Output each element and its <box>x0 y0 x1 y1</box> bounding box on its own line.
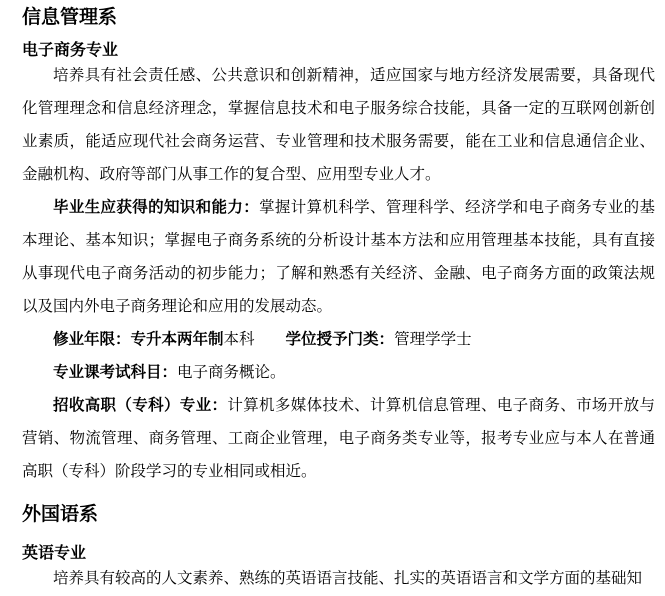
bold-text-run: 招收高职（专科）专业： <box>53 397 227 414</box>
major-heading: 英语专业 <box>22 546 655 562</box>
major-heading: 电子商务专业 <box>22 43 655 59</box>
section-foreign-languages: 外国语系 英语专业 培养具有较高的人文素养、熟练的英语语言技能、扎实的英语语言和… <box>22 505 655 595</box>
paragraph: 培养具有较高的人文素养、熟练的英语语言技能、扎实的英语语言和文学方面的基础知 <box>22 562 655 595</box>
text-run: 管理学学士 <box>394 331 472 348</box>
paragraph: 毕业生应获得的知识和能力：掌握计算机科学、管理科学、经济学和电子商务专业的基本理… <box>22 191 655 323</box>
section-information-management: 信息管理系 电子商务专业 培养具有社会责任感、公共意识和创新精神，适应国家与地方… <box>22 8 655 488</box>
document-page: 信息管理系 电子商务专业 培养具有社会责任感、公共意识和创新精神，适应国家与地方… <box>0 8 665 596</box>
text-run: 掌握计算机科学、管理科学、经济学和电子商务专业的基本理论、基本知识；掌握电子商务… <box>22 199 655 315</box>
text-run: 培养具有社会责任感、公共意识和创新精神，适应国家与地方经济发展需要，具备现代化管… <box>22 67 655 183</box>
bold-text-run: 毕业生应获得的知识和能力： <box>53 199 259 216</box>
bold-text-run: 学位授予门类： <box>286 331 395 348</box>
text-run: 培养具有较高的人文素养、熟练的英语语言技能、扎实的英语语言和文学方面的基础知 <box>53 570 642 587</box>
paragraph: 专业课考试科目：电子商务概论。 <box>22 356 655 389</box>
bold-text-run: 修业年限：专升本两年制 <box>53 331 224 348</box>
text-run: 电子商务概论。 <box>177 364 286 381</box>
paragraph: 招收高职（专科）专业：计算机多媒体技术、计算机信息管理、电子商务、市场开放与营销… <box>22 389 655 488</box>
paragraph: 培养具有社会责任感、公共意识和创新精神，适应国家与地方经济发展需要，具备现代化管… <box>22 59 655 191</box>
department-heading: 信息管理系 <box>22 8 655 27</box>
department-heading: 外国语系 <box>22 505 655 524</box>
text-run: 本科 <box>224 331 255 348</box>
bold-text-run: 专业课考试科目： <box>53 364 177 381</box>
paragraph: 修业年限：专升本两年制本科 学位授予门类：管理学学士 <box>22 323 655 356</box>
paragraph-group: 培养具有社会责任感、公共意识和创新精神，适应国家与地方经济发展需要，具备现代化管… <box>22 59 655 488</box>
paragraph-group: 培养具有较高的人文素养、熟练的英语语言技能、扎实的英语语言和文学方面的基础知 <box>22 562 655 595</box>
text-run <box>255 331 286 348</box>
